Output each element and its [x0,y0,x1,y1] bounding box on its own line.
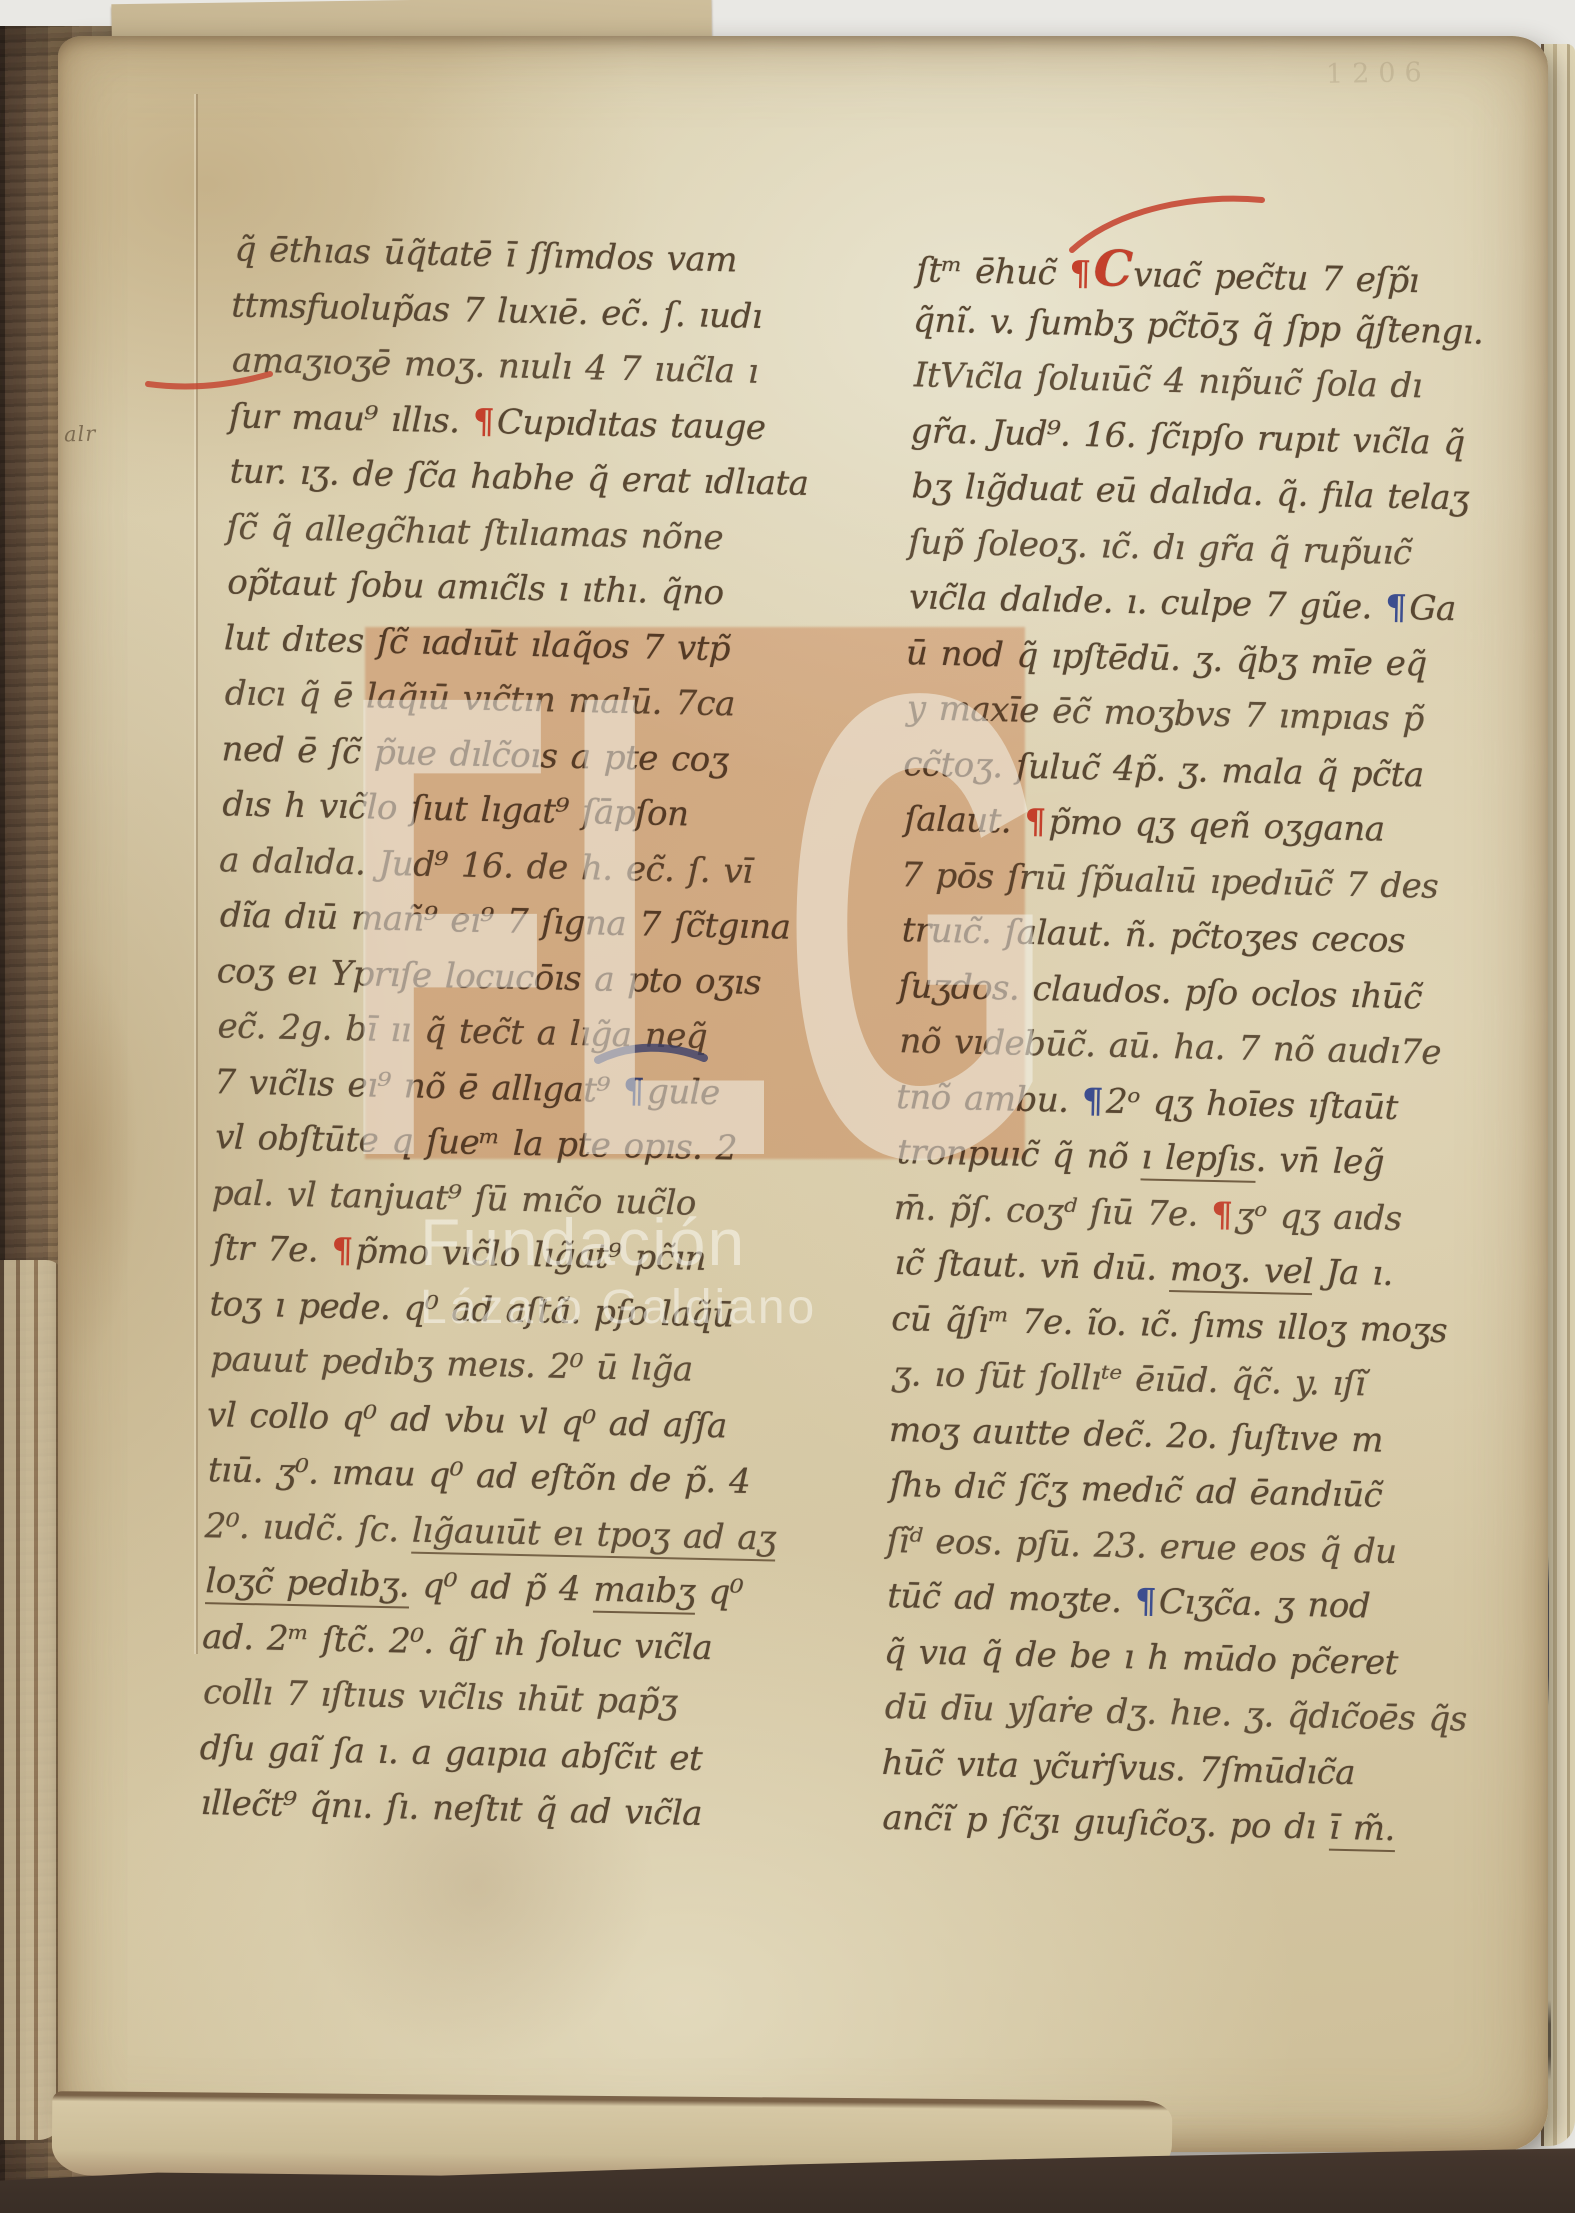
blue-paragraph-mark: ¶ [1134,1581,1156,1621]
ink-text: Cupıdıtas tauge [497,402,766,448]
underlined-text: moʒ. vel [1170,1249,1314,1295]
ink-text: p̃mo vıc̃lo lıg̃at⁹ pc̃ın [355,1231,706,1279]
ink-text: ſup̃ ſoleoʒ. ıc̃. dı gr̃a q̃ rup̃uıc̃ [908,522,1412,573]
ink-text: vl obſtūte q ſueᵐ la pte opıs. 2 [215,1117,738,1168]
ink-text: toʒ ı pede. q⁰ ad aſtã. pſo laq̃ū [209,1284,734,1335]
red-paragraph-mark: ¶ [331,1231,353,1271]
ink-text: tronpuıc̃ q̃ nõ [897,1132,1142,1177]
ink-text: dıs h vıc̃lo ſıut lıgat⁹ ſāpſon [222,784,689,834]
red-paragraph-mark: ¶ [1069,254,1091,294]
red-paragraph-mark: ¶ [472,401,494,441]
ink-text: tur. ıʒ. de ſc̃a habhe q̃ erat ıdlıata [229,451,809,504]
ink-text: ʒ. ıo ſūt ſollıᵗᵉ ēıūd. q̃c̃. y. ıſı̃ [892,1354,1366,1404]
ink-text: ſı̃ᵈ eos. pſū. 23. erue eos q̃ du [886,1520,1397,1571]
ink-text: ıc̃ ſtaut. vn̄ dıū. [894,1243,1170,1289]
ink-text: y maxīe ēc̃ moʒbvs 7 ımpıas p̃ [906,688,1424,739]
ink-text: vıac̃ pec̃tu 7 eſp̃ı [1133,255,1420,301]
ink-text: ſhь dıc̃ ſc̃ʒ medıc̃ ad ēandıūc̃ [889,1465,1382,1516]
ink-text: vl collo q⁰ ad vbu vl q⁰ ad aſſa [207,1395,728,1446]
underlined-text: ī m̃. [1329,1808,1396,1852]
ink-text: collı 7 ıſtıus vıc̃lıs ıhūt pap̃ʒ [203,1672,678,1722]
underlined-text: maıbʒ [593,1570,696,1615]
ink-text: m̄. p̃ſ. coʒᵈ ſıū 7e. [893,1188,1211,1235]
vertical-crease [194,94,201,1654]
ink-text: anc̃ı̃ p ſc̃ʒı gıuſıc̃oʒ. po dı [882,1798,1330,1848]
underlined-text: ı lepſıs [1141,1137,1256,1182]
ink-text: Cıʒc̃a. ʒ nod [1159,1582,1371,1627]
faint-folio-inscription: 1206 [1326,57,1431,90]
red-initial: C [1093,239,1133,298]
ink-text: cc̃toʒ. ſuluc̃ 4p̃. ʒ. mala q̃ pc̃ta [903,744,1424,795]
ink-text: ec̃. 2g. bī ıı q̃ tec̃t a lıg̃a neq̃ [217,1006,707,1057]
ink-text: ſtr 7e. [212,1228,332,1271]
ink-text: q̃ vıa q̃ de be ı h mūdo pc̃eret [884,1631,1398,1682]
text-line: loʒc̃ pedıbʒ. q⁰ ad p̃ 4 maıbʒ q⁰ [205,1554,726,1621]
blue-paragraph-mark: ¶ [1081,1081,1103,1121]
ink-text: hūc̃ vıta yc̃uṙſvus. 7ſmūdıc̃a [881,1742,1355,1792]
ink-text: ſtᵐ ēhuc̃ [916,250,1070,293]
text-line: q̃ ēthıas ūq̃tatē ī ſſımdos vam [234,222,755,289]
ink-text: ſur mau⁹ ıllıs. [229,396,474,441]
text-line: ec̃. 2g. bī ıı q̃ tec̃t a lıg̃a neq̃ [217,999,738,1066]
red-paragraph-mark: ¶ [1024,802,1046,842]
ink-text: ItVıc̃la ſoluıūc̃ 4 nıp̃uıc̃ ſola dı [914,355,1423,406]
text-line: op̃taut ſobu amıc̃ls ı ıthı. q̃no [227,555,748,622]
ink-text: gule [647,1071,721,1113]
parchment-page: 1206 alr q̃ ēthıas ūq̃tatē ī ſſımdos vam… [58,36,1548,2152]
ink-text: nõ vıdebūc̃. aū. ha. 7 nõ audı7e [899,1021,1441,1073]
ink-text: Ja ı. [1312,1252,1393,1294]
ink-text: vıc̃la dalıde. ı. culpe 7 gũe. [909,577,1386,627]
margin-note: alr [64,421,97,446]
text-line: ſtr 7e. ¶p̃mo vıc̃lo lıg̃at⁹ pc̃ın [212,1221,733,1288]
blue-paragraph-mark: ¶ [623,1071,645,1111]
text-line: dı̃a dıū mañ⁹ eı⁹ 7 ſıgna 7 ſc̃tgına [219,888,740,955]
ink-text: op̃taut ſobu amıc̃ls ı ıthı. q̃no [227,562,724,613]
text-line: ıllec̃t⁹ q̃nı. ſı. neſtıt q̃ ad vıc̃la [200,1776,721,1843]
ink-text: dſu gaı̃ ſa ı. a gaıpıa abſc̃ıt et [199,1728,702,1779]
blue-paragraph-mark: ¶ [1385,588,1407,628]
ink-text: tıū. ʒ⁰. ımau q⁰ ad eſtõn de p̃. 4 [208,1450,751,1502]
ink-text: ʒᵒ qʒ aıds [1235,1195,1402,1239]
ink-text: truıc̃. ſalaut. ñ. pc̃toʒes cecos [901,910,1405,961]
ink-text: bʒ lıg̃duat eū dalıda. q̃. fıla telaʒ [911,466,1469,518]
text-line: dıcı q̃ ē laq̃ıū vıc̃tın malū. 7ca [224,666,745,733]
ink-text: 7 vıc̃lıs eı⁹ nõ ē allıgat⁹ [214,1062,623,1111]
ink-text: ıllec̃t⁹ q̃nı. ſı. neſtıt q̃ ad vıc̃la [200,1783,702,1834]
ink-text: amaʒıoʒē moʒ. nıulı 4 7 ıuc̃la ı [232,340,759,391]
ink-text: ſuʒdos. claudos. pſo oclos ıhūc̃ [898,966,1422,1017]
manuscript-photo: 1206 alr q̃ ēthıas ūq̃tatē ī ſſımdos vam… [0,0,1575,2213]
ink-text: ū nod q̃ ıpſtēdū. ʒ. q̃bʒ mīe eq̃ [906,633,1428,684]
ink-text: ned ē ſc̃ p̃ue dılc̃oıs a pte coʒ [221,729,729,780]
ink-text: q̃ ēthıas ūq̃tatē ī ſſımdos vam [234,229,737,280]
ink-text: ttmsfuolup̃as 7 luxıē. ec̃. ſ. ıudı [231,285,763,337]
text-line: amaʒıoʒē moʒ. nıulı 4 7 ıuc̃la ı [232,333,753,400]
red-paragraph-mark: ¶ [1211,1194,1233,1234]
ink-text: 2ᵒ qʒ hoīes ıſtaūt [1106,1081,1399,1127]
ink-text: tūc̃ ad moʒte. [887,1576,1135,1621]
underlined-text: lıg̃auıūt eı tpoʒ ad aʒ [411,1510,776,1561]
ink-text: dıcı q̃ ē laq̃ıū vıc̃tın malū. 7ca [224,673,735,724]
ink-text: moʒ auıtte dec̃. 2o. ſuſtıve m [889,1409,1384,1460]
ink-text: ad. 2ᵐ ſtc̃. 2⁰. q̃ſ ıh ſoluc vıc̃la [202,1617,713,1668]
ink-text: tnõ ambu. [896,1077,1082,1121]
ink-text: q⁰ ad p̃ 4 [409,1566,594,1610]
ink-text: 7 pōs ſrıū ſp̃ualıū ıpedıūc̃ 7 des [901,855,1439,907]
ink-text: ſalaut. [904,799,1025,842]
ink-text: coʒ eı Yprıſe locucōıs a pto oʒıs [216,951,761,1003]
text-line: collı 7 ıſtıus vıc̃lıs ıhūt pap̃ʒ [202,1665,723,1732]
ink-text: lut dıtes ſc̃ ıadıūt ılaq̃os 7 vtp̃ [224,618,731,669]
underlined-text: loʒc̃ pedıbʒ. [205,1561,410,1608]
ink-text: a dalıda. Jud⁹ 16. de h. ec̃. ſ. vī [219,840,753,892]
ink-text: dū dīu yſaṙe dʒ. hıe. ʒ. q̃dıc̃oēs q̃s [884,1687,1467,1740]
ink-text: dı̃a dıū mañ⁹ eı⁹ 7 ſıgna 7 ſc̃tgına [220,895,791,947]
ink-text: cū q̃ſıᵐ 7e. ı̃o. ıc̃. ſıms ılloʒ moʒs [891,1299,1448,1351]
ink-text: . vn̄ leg̃ [1255,1140,1384,1183]
ink-text: ſc̃ q̃ allegc̃hıat ſtılıamas nõne [226,507,724,558]
ink-text: pauut pedıbʒ meıs. 2⁰ ū lıg̃a [210,1339,693,1390]
text-line: pauut pedıbʒ meıs. 2⁰ ū lıg̃a [210,1332,731,1399]
edge-stain [58,876,168,1436]
text-column-left: q̃ ēthıas ūq̃tatē ī ſſımdos vamttmsfuolu… [198,222,753,1842]
ink-text: 2⁰. ıudc̃. ſc. [204,1506,412,1551]
ink-text: q⁰ [695,1572,744,1613]
text-block: q̃ ēthıas ūq̃tatē ī ſſımdos vamttmsfuolu… [198,222,1573,1863]
text-column-right: ſtᵐ ēhuc̃ ¶Cvıac̃ pec̃tu 7 eſp̃ıq̃nı̃. v… [880,237,1555,1860]
ink-text: pal. vl tanjuat⁹ ſū mıc̃o ıuc̃lo [212,1173,697,1224]
ink-text: p̃mo qʒ qeñ oʒgana [1048,802,1385,849]
ink-text: gr̃a. Jud⁹. 16. ſc̃ıpſo rupıt vıc̃la q̃ [910,411,1465,463]
ink-text: q̃nı̃. v. ſumbʒ pc̃tōʒ q̃ ſpp q̃ſtengı. [913,300,1484,352]
left-folio-edges [0,1260,64,2140]
ink-text: Ga [1409,588,1456,629]
